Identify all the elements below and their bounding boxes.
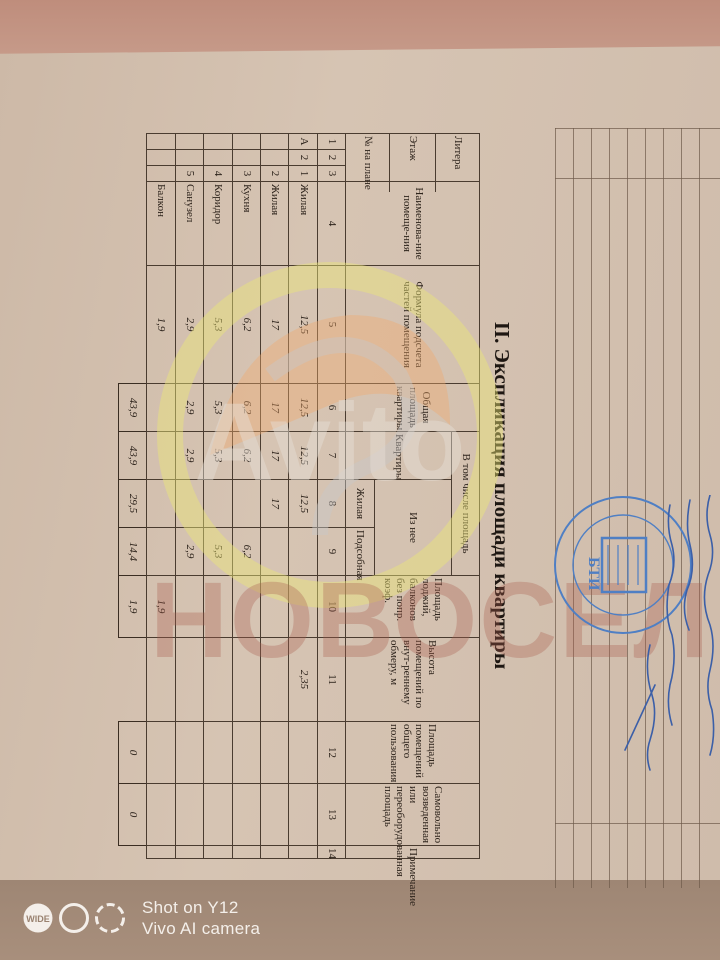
cell-loggia (261, 576, 289, 638)
cell-common (261, 722, 289, 784)
cell-litera (204, 134, 232, 150)
total-height (119, 638, 147, 722)
cell-loggia (175, 576, 203, 638)
cell-living: 12,5 (289, 480, 317, 528)
ruled-line (555, 128, 556, 888)
camera-watermark: WIDE Shot on Y12 Vivo AI camera (22, 895, 260, 940)
total-name (119, 182, 147, 266)
ruled-line (555, 823, 720, 824)
camera-watermark-text: Shot on Y12 Vivo AI camera (142, 897, 260, 939)
cell-unauthorized (175, 784, 203, 846)
total-formula (119, 266, 147, 384)
cell-apartment: 5,3 (204, 432, 232, 480)
ruled-line (663, 128, 664, 888)
total-auxiliary: 14,4 (119, 528, 147, 576)
cell-loggia (289, 576, 317, 638)
cell-litera: А (289, 134, 317, 150)
column-number: 4 (317, 182, 345, 266)
cell-floor (175, 150, 203, 166)
header-height: Высота помещений по внут-реннему обмеру,… (346, 638, 480, 722)
cell-total: 5,3 (204, 384, 232, 432)
total-unauthorized: 0 (119, 784, 147, 846)
header-common-area: Площадь помещений общего пользования (346, 722, 480, 784)
cell-unauthorized (204, 784, 232, 846)
cell-common (147, 722, 175, 784)
cell-height (175, 638, 203, 722)
column-number: 1 (317, 134, 345, 150)
cell-auxiliary: 5,3 (204, 528, 232, 576)
cell-floor (204, 150, 232, 166)
cell-note (289, 846, 317, 859)
cell-unauthorized (261, 784, 289, 846)
table-row: 3Кухня6,26,26,26,2 (232, 134, 260, 859)
explication-table: ЛитераЭтаж№ на плане Наименова-ние помещ… (118, 133, 480, 859)
header-of-which: Из нее (374, 480, 451, 576)
cell-loggia (232, 576, 260, 638)
column-number-row: 1234567891011121314 (317, 134, 345, 859)
cell-living (147, 480, 175, 528)
cell-apartment: 12,5 (289, 432, 317, 480)
column-number: 7 (317, 432, 345, 480)
cell-note (147, 846, 175, 859)
cell-litera (175, 134, 203, 150)
cell-plan-no: 3 (232, 166, 260, 182)
ruled-line (573, 128, 574, 888)
total-floor (119, 150, 147, 166)
column-number: 2 (317, 150, 345, 166)
header-room-name: Наименова-ние помеще-ния (346, 182, 480, 266)
ruled-lines-back-page (555, 128, 720, 888)
cell-height (261, 638, 289, 722)
column-number: 9 (317, 528, 345, 576)
total-apartment: 43,9 (119, 432, 147, 480)
column-number: 3 (317, 166, 345, 182)
cell-name: Балкон (147, 182, 175, 266)
cell-common (289, 722, 317, 784)
ruled-line (681, 128, 682, 888)
total-litera (119, 134, 147, 150)
column-number: 14 (317, 846, 345, 859)
cell-apartment: 2,9 (175, 432, 203, 480)
ruled-line (609, 128, 610, 888)
header-formula: Формула подсчета частей помещения (346, 266, 480, 384)
cell-formula: 2,9 (175, 266, 203, 384)
cell-total (147, 384, 175, 432)
cell-loggia (204, 576, 232, 638)
table-row: А21Жилая12,512,512,512,52,35 (289, 134, 317, 859)
column-number: 5 (317, 266, 345, 384)
header-meta-cell: ЛитераЭтаж№ на плане (346, 134, 480, 182)
cell-common (204, 722, 232, 784)
cell-living (175, 480, 203, 528)
cell-auxiliary: 6,2 (232, 528, 260, 576)
column-number: 10 (317, 576, 345, 638)
cell-auxiliary (261, 528, 289, 576)
lens-ring-icon (58, 902, 90, 934)
cell-common (232, 722, 260, 784)
cell-litera (232, 134, 260, 150)
cell-floor: 2 (289, 150, 317, 166)
table-row: 5Санузел2,92,92,92,9 (175, 134, 203, 859)
cell-height (232, 638, 260, 722)
total-note (119, 846, 147, 859)
dashed-lens-ring-icon (94, 902, 126, 934)
cell-name: Санузел (175, 182, 203, 266)
cell-height (147, 638, 175, 722)
cell-height: 2,35 (289, 638, 317, 722)
cell-loggia: 1,9 (147, 576, 175, 638)
header-incl-area: В том числе площадь (451, 432, 479, 576)
header-auxiliary: Подсобная (346, 528, 374, 576)
header-row-1: ЛитераЭтаж№ на плане Наименова-ние помещ… (451, 134, 479, 859)
cell-floor (261, 150, 289, 166)
cell-living (204, 480, 232, 528)
column-number: 13 (317, 784, 345, 846)
cell-plan-no: 4 (204, 166, 232, 182)
cell-auxiliary (147, 528, 175, 576)
total-living: 29,5 (119, 480, 147, 528)
cell-litera (147, 134, 175, 150)
cell-apartment (147, 432, 175, 480)
table-row: 2Жилая17171717 (261, 134, 289, 859)
explication-document: II. Экспликация площади квартиры ЛитераЭ… (118, 133, 520, 858)
cell-litera (261, 134, 289, 150)
header-total-area: Общая площадь квартиры (346, 384, 480, 432)
cell-total: 6,2 (232, 384, 260, 432)
cell-note (232, 846, 260, 859)
ruled-line (591, 128, 592, 888)
ruled-line (645, 128, 646, 888)
cell-formula: 1,9 (147, 266, 175, 384)
cell-common (175, 722, 203, 784)
cell-height (204, 638, 232, 722)
cell-total: 2,9 (175, 384, 203, 432)
header-living: Жилая (346, 480, 374, 528)
cell-floor (232, 150, 260, 166)
wide-badge-text: WIDE (26, 914, 50, 924)
cell-unauthorized (147, 784, 175, 846)
cell-plan-no (147, 166, 175, 182)
cell-name: Коридор (204, 182, 232, 266)
column-number: 11 (317, 638, 345, 722)
header-unauthorized: Самовольно возведенная или переоборудова… (346, 784, 480, 846)
header-apartment: Квартиры (346, 432, 451, 480)
cell-auxiliary: 2,9 (175, 528, 203, 576)
wide-lens-icon: WIDE (22, 902, 54, 934)
camera-line-2: Vivo AI camera (142, 918, 260, 939)
table-row: 4Коридор5,35,35,35,3 (204, 134, 232, 859)
ruled-line (627, 128, 628, 888)
cell-total: 12,5 (289, 384, 317, 432)
document-title: II. Экспликация площади квартиры (484, 133, 520, 858)
cell-unauthorized (289, 784, 317, 846)
cell-living: 17 (261, 480, 289, 528)
cell-name: Жилая (289, 182, 317, 266)
camera-line-1: Shot on Y12 (142, 897, 260, 918)
cell-name: Жилая (261, 182, 289, 266)
total-total: 43,9 (119, 384, 147, 432)
column-number: 8 (317, 480, 345, 528)
column-number: 6 (317, 384, 345, 432)
ruled-line (555, 128, 720, 129)
cell-living (232, 480, 260, 528)
header-loggia-area: Площадь лоджий, балконов без попр. коэф. (346, 576, 480, 638)
ruled-line (555, 178, 720, 179)
total-plan-no (119, 166, 147, 182)
cell-note (175, 846, 203, 859)
cell-formula: 17 (261, 266, 289, 384)
cell-unauthorized (232, 784, 260, 846)
cell-apartment: 17 (261, 432, 289, 480)
ruled-line (699, 128, 700, 888)
cell-formula: 6,2 (232, 266, 260, 384)
cell-apartment: 6,2 (232, 432, 260, 480)
header-note: Примечание (346, 846, 480, 859)
cell-name: Кухня (232, 182, 260, 266)
cell-note (261, 846, 289, 859)
total-common: 0 (119, 722, 147, 784)
cell-plan-no: 5 (175, 166, 203, 182)
totals-row: 43,943,929,514,41,900 (119, 134, 147, 859)
cell-total: 17 (261, 384, 289, 432)
total-loggia: 1,9 (119, 576, 147, 638)
cell-floor (147, 150, 175, 166)
column-number: 12 (317, 722, 345, 784)
cell-formula: 12,5 (289, 266, 317, 384)
cell-formula: 5,3 (204, 266, 232, 384)
cell-auxiliary (289, 528, 317, 576)
cell-plan-no: 2 (261, 166, 289, 182)
cell-plan-no: 1 (289, 166, 317, 182)
cell-note (204, 846, 232, 859)
table-row: Балкон1,91,9 (147, 134, 175, 859)
